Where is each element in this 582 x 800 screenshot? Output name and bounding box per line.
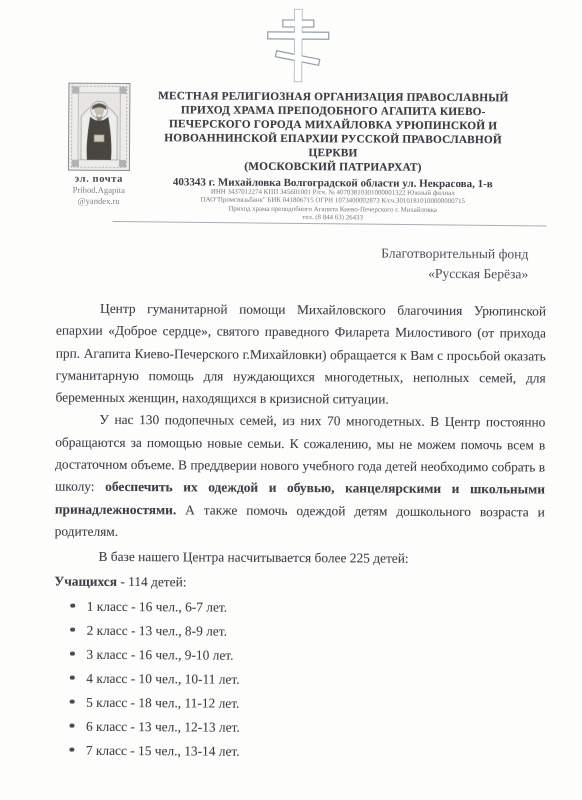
list-item-text: 1 класс - 16 чел., 6-7 лет. — [87, 599, 227, 615]
list-item: 1 класс - 16 чел., 6-7 лет. — [70, 600, 544, 617]
students-heading-rest: - 114 детей: — [117, 574, 187, 589]
list-item: 4 класс - 10 чел., 10-11 лет. — [70, 672, 544, 689]
saint-icon-image — [68, 83, 131, 171]
list-item: 7 класс - 15 чел., 13-14 лет. — [69, 744, 543, 761]
list-item: 3 класс - 16 чел., 9-10 лет. — [70, 648, 544, 665]
list-item-text: 7 класс - 15 чел., 13-14 лет. — [86, 743, 240, 759]
list-item-text: 4 класс - 10 чел., 10-11 лет. — [86, 671, 239, 687]
students-heading-bold: Учащихся — [54, 573, 117, 588]
letterhead: МЕСТНАЯ РЕЛИГИОЗНАЯ ОРГАНИЗАЦИЯ ПРАВОСЛА… — [147, 89, 520, 223]
paragraph-total-children-text: В базе нашего Центра насчитывается более… — [99, 549, 409, 566]
paragraph-intro-text: Центр гуманитарной помощи Михайловского … — [55, 301, 546, 407]
bullet-dot-icon — [70, 676, 75, 681]
list-item-text: 5 класс - 18 чел., 11-12 лет. — [86, 695, 239, 711]
paragraph-needs: У нас 130 подопечных семей, из них 70 мн… — [55, 409, 546, 546]
students-heading: Учащихся - 114 детей: — [54, 570, 544, 595]
org-address: 403343 г. Михайловка Волгоградской облас… — [147, 176, 519, 190]
list-item-text: 2 класс - 13 чел., 8-9 лет. — [87, 623, 227, 639]
addressee-line1: Благотворительный фонд — [381, 244, 528, 264]
email-address-line2: @yandex.ru — [57, 195, 141, 206]
bullet-dot-icon — [70, 604, 75, 609]
scanned-letter-page: эл. почта Prihod.Agapita @yandex.ru МЕСТ… — [0, 0, 582, 800]
bullet-dot-icon — [69, 748, 74, 753]
email-block: эл. почта Prihod.Agapita @yandex.ru — [57, 83, 142, 207]
list-item: 2 класс - 13 чел., 8-9 лет. — [70, 624, 544, 641]
paragraph-intro: Центр гуманитарной помощи Михайловского … — [55, 298, 546, 412]
paragraph-total-children: В базе нашего Центра насчитывается более… — [54, 546, 544, 571]
students-list: 1 класс - 16 чел., 6-7 лет. 2 класс - 13… — [53, 599, 544, 760]
document-content: эл. почта Prihod.Agapita @yandex.ru МЕСТ… — [0, 0, 582, 800]
email-label: эл. почта — [57, 174, 141, 186]
org-name-line: НОВОАННИНСКОЙ ЕПАРХИИ РУССКОЙ ПРАВОСЛАВН… — [147, 131, 519, 147]
orthodox-cross-icon — [265, 8, 329, 89]
addressee-line2: «Русская Берёза» — [381, 263, 528, 283]
bullet-dot-icon — [70, 724, 75, 729]
list-item: 5 класс - 18 чел., 11-12 лет. — [70, 696, 544, 713]
email-address-line1: Prihod.Agapita — [57, 185, 141, 196]
list-item-text: 3 класс - 16 чел., 9-10 лет. — [86, 647, 233, 663]
list-item-text: 6 класс - 13 чел., 12-13 лет. — [86, 719, 240, 735]
bullet-dot-icon — [70, 628, 75, 633]
bullet-dot-icon — [70, 700, 75, 705]
addressee-block: Благотворительный фонд «Русская Берёза» — [381, 244, 529, 284]
bullet-dot-icon — [70, 652, 75, 657]
list-item: 6 класс - 13 чел., 12-13 лет. — [69, 720, 543, 737]
letter-body: Центр гуманитарной помощи Михайловского … — [53, 298, 546, 771]
org-name-line: (МОСКОВСКИЙ ПАТРИАРХАТ) — [147, 159, 519, 175]
